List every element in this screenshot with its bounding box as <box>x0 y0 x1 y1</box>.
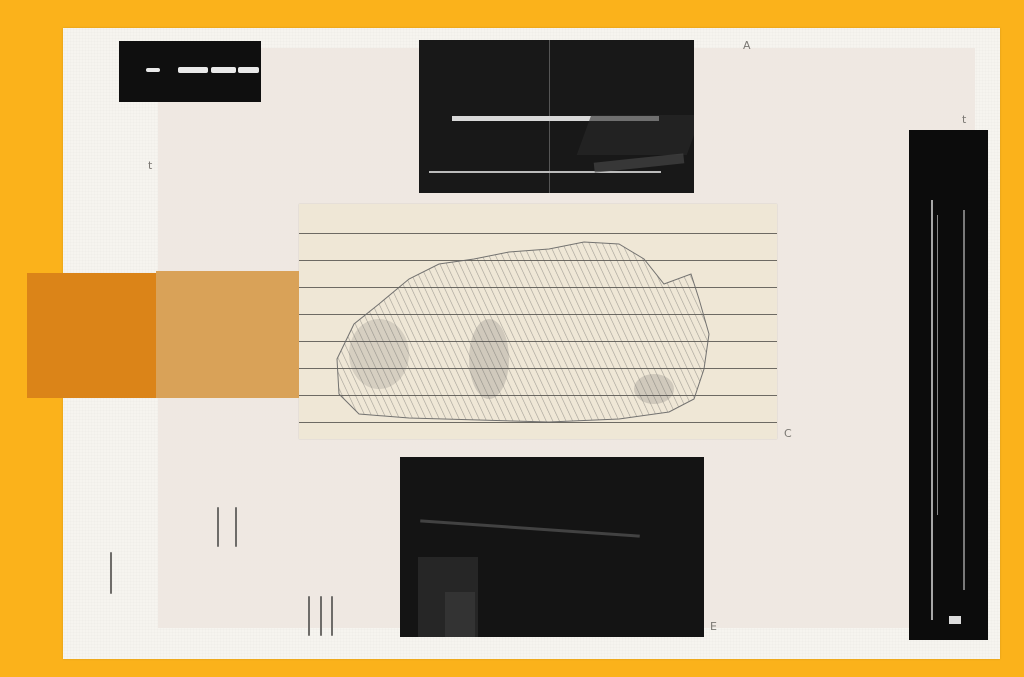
tally-mark <box>110 552 112 594</box>
tally-mark <box>235 507 237 547</box>
orange-tissue-dark <box>27 273 157 398</box>
tally-mark <box>331 596 333 636</box>
band <box>178 67 208 73</box>
band <box>146 68 160 72</box>
tally-mark <box>217 507 219 547</box>
band <box>211 67 236 73</box>
light-line <box>937 215 938 515</box>
timeline-bar-lower <box>429 171 661 173</box>
pencil-rubbing-drawing <box>299 204 777 439</box>
light-line <box>963 210 965 590</box>
orange-tissue-light <box>156 271 299 398</box>
light-line <box>931 200 933 620</box>
band <box>238 67 259 73</box>
label-t-right: t <box>962 113 966 126</box>
label-a: A <box>743 39 751 52</box>
gel-strip-photo <box>119 41 261 102</box>
shadow-shape <box>577 115 694 155</box>
tally-mark <box>308 596 310 636</box>
timeline-screen-photo <box>419 40 694 193</box>
label-t-left: t <box>148 159 152 172</box>
shadow-shape <box>594 153 685 172</box>
tally-mark <box>320 596 322 636</box>
label-e: E <box>710 620 717 633</box>
vertical-film-strip <box>909 130 988 640</box>
label-c: C <box>784 427 792 440</box>
light-mark <box>949 616 961 624</box>
graphite-rubbing <box>299 204 777 439</box>
dark-interior-photo <box>400 457 704 637</box>
structure-shape <box>445 592 475 637</box>
light-streak <box>420 519 640 537</box>
